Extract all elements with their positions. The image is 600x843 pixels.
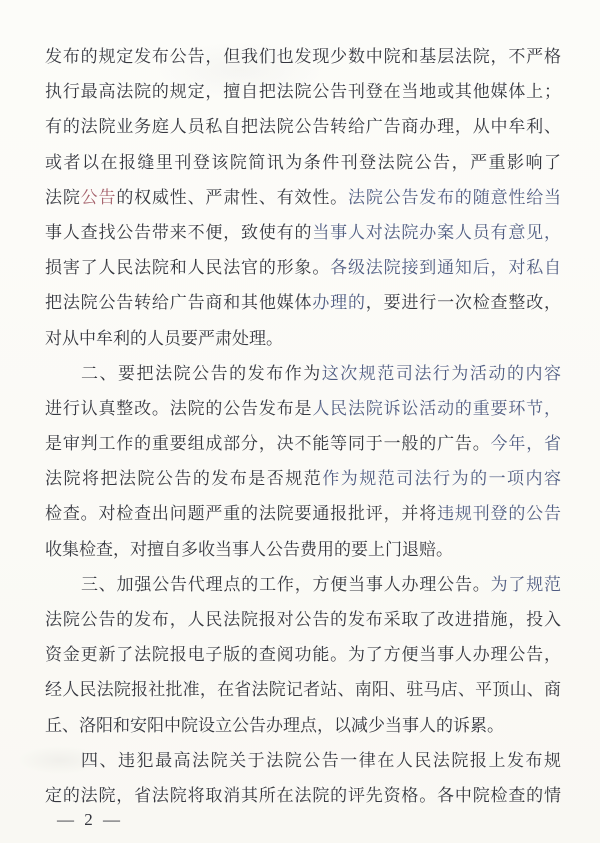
text-segment: 三、加强公告代理点的工作，方便当事人办理公告。 bbox=[81, 575, 491, 594]
text-line: 收集检查，对擅自多收当事人公告费用的要上门退赔。 bbox=[45, 532, 561, 567]
text-line: 定的法院，省法院将取消其所在法院的评先资格。各中院检查的情 bbox=[45, 778, 561, 813]
text-segment: 作为规范司法行为的一项内容 bbox=[322, 469, 561, 488]
text-line: 三、加强公告代理点的工作，方便当事人办理公告。为了规范 bbox=[45, 567, 561, 602]
text-segment: 有的法院业务庭人员私自把法院公告转给广告商办理，从中牟利、 bbox=[45, 117, 561, 136]
text-line: 四、违犯最高法院关于法院公告一律在人民法院报上发布规 bbox=[45, 743, 561, 778]
text-line: 法院将把法院公告的发布是否规范作为规范司法行为的一项内容 bbox=[45, 461, 561, 496]
text-segment: 人民法院诉讼活动的重要环节， bbox=[312, 399, 561, 418]
text-line: 有的法院业务庭人员私自把法院公告转给广告商办理，从中牟利、 bbox=[45, 109, 561, 144]
text-line: 法院公告的发布，人民法院报对公告的发布采取了改进措施，投入 bbox=[45, 602, 561, 637]
text-line: 丘、洛阳和安阳中院设立公告办理点，以减少当事人的诉累。 bbox=[45, 708, 561, 743]
text-line: 经人民法院报社批准，在省法院记者站、南阳、驻马店、平顶山、商 bbox=[45, 672, 561, 707]
document-page: 发布的规定发布公告，但我们也发现少数中院和基层法院，不严格执行最高法院的规定，擅… bbox=[0, 0, 600, 843]
text-segment: 法院将把法院公告的发布是否规范 bbox=[45, 469, 322, 488]
text-segment: 资金更新了法院报电子版的查阅功能。为了方便当事人办理公告， bbox=[45, 645, 561, 664]
text-segment: 当事人对法院办案人员有意见， bbox=[312, 223, 561, 242]
text-line: 法院公告的权威性、严肃性、有效性。法院公告发布的随意性给当 bbox=[45, 180, 561, 215]
text-line: 执行最高法院的规定，擅自把法院公告刊登在当地或其他媒体上； bbox=[45, 74, 561, 109]
text-line: 或者以在报缝里刊登该院简讯为条件刊登法院公告，严重影响了 bbox=[45, 145, 561, 180]
text-segment: 发布的规定发布公告，但我们也发现少数中院和基层法院，不严格 bbox=[45, 47, 561, 66]
text-segment: 检查。对检查出问题严重的法院要通报批评，并将 bbox=[45, 504, 437, 523]
text-segment: 法院公告发布的随意性给当 bbox=[348, 188, 561, 207]
text-segment: 是审判工作的重要组成部分，决不能等同于一般的广告。 bbox=[45, 434, 491, 453]
text-segment: 法院 bbox=[45, 188, 81, 207]
text-line: 资金更新了法院报电子版的查阅功能。为了方便当事人办理公告， bbox=[45, 637, 561, 672]
text-segment: 事人查找公告带来不便，致使有的 bbox=[45, 223, 312, 242]
text-line: 损害了人民法院和人民法官的形象。各级法院接到通知后，对私自 bbox=[45, 250, 561, 285]
text-line: 对从中牟利的人员要严肃处理。 bbox=[45, 321, 561, 356]
text-segment: 丘、洛阳和安阳中院设立公告办理点，以减少当事人的诉累。 bbox=[45, 716, 504, 735]
text-segment: 进行认真整改。法院的公告发布是 bbox=[45, 399, 312, 418]
text-line: 二、要把法院公告的发布作为这次规范司法行为活动的内容 bbox=[45, 356, 561, 391]
text-segment: 违规刊登的公告 bbox=[437, 504, 561, 523]
text-segment: 公告 bbox=[81, 188, 117, 207]
text-segment: 这次规范司法行为活动的内容 bbox=[322, 364, 561, 383]
text-segment: 二、要把法院公告的发布作为 bbox=[81, 364, 322, 383]
text-segment: 把法院公告转给广告商和其他媒体 bbox=[45, 293, 312, 312]
text-segment: 四、违犯最高法院关于法院公告一律在人民法院报上发布规 bbox=[81, 751, 561, 770]
text-line: 检查。对检查出问题严重的法院要通报批评，并将违规刊登的公告 bbox=[45, 496, 561, 531]
text-segment: 为了规范 bbox=[491, 575, 561, 594]
text-segment: ，要进行一次检查整改， bbox=[366, 293, 561, 312]
text-segment: 的权威性、严肃性、有效性。 bbox=[116, 188, 348, 207]
text-line: 发布的规定发布公告，但我们也发现少数中院和基层法院，不严格 bbox=[45, 39, 561, 74]
text-segment: 今年，省 bbox=[491, 434, 561, 453]
text-line: 进行认真整改。法院的公告发布是人民法院诉讼活动的重要环节， bbox=[45, 391, 561, 426]
text-segment: 损害了人民法院和人民法官的形象。 bbox=[45, 258, 330, 277]
text-segment: 执行最高法院的规定，擅自把法院公告刊登在当地或其他媒体上； bbox=[45, 82, 561, 101]
text-line: 是审判工作的重要组成部分，决不能等同于一般的广告。今年，省 bbox=[45, 426, 561, 461]
text-segment: 定的法院，省法院将取消其所在法院的评先资格。各中院检查的情 bbox=[45, 786, 561, 805]
body-text: 发布的规定发布公告，但我们也发现少数中院和基层法院，不严格执行最高法院的规定，擅… bbox=[45, 39, 561, 813]
text-segment: 经人民法院报社批准，在省法院记者站、南阳、驻马店、平顶山、商 bbox=[45, 680, 561, 699]
text-line: 把法院公告转给广告商和其他媒体办理的，要进行一次检查整改， bbox=[45, 285, 561, 320]
text-segment: 对从中牟利的人员要严肃处理。 bbox=[45, 329, 283, 348]
text-segment: 收集检查，对擅自多收当事人公告费用的要上门退赔。 bbox=[45, 540, 453, 559]
text-segment: 各级法院接到通知后，对私自 bbox=[330, 258, 561, 277]
text-segment: 或者以在报缝里刊登该院简讯为条件刊登法院公告，严重影响了 bbox=[45, 153, 561, 172]
text-segment: 办理的 bbox=[312, 293, 365, 312]
text-line: 事人查找公告带来不便，致使有的当事人对法院办案人员有意见， bbox=[45, 215, 561, 250]
page-number: — 2 — bbox=[57, 810, 123, 830]
text-segment: 法院公告的发布，人民法院报对公告的发布采取了改进措施，投入 bbox=[45, 610, 561, 629]
